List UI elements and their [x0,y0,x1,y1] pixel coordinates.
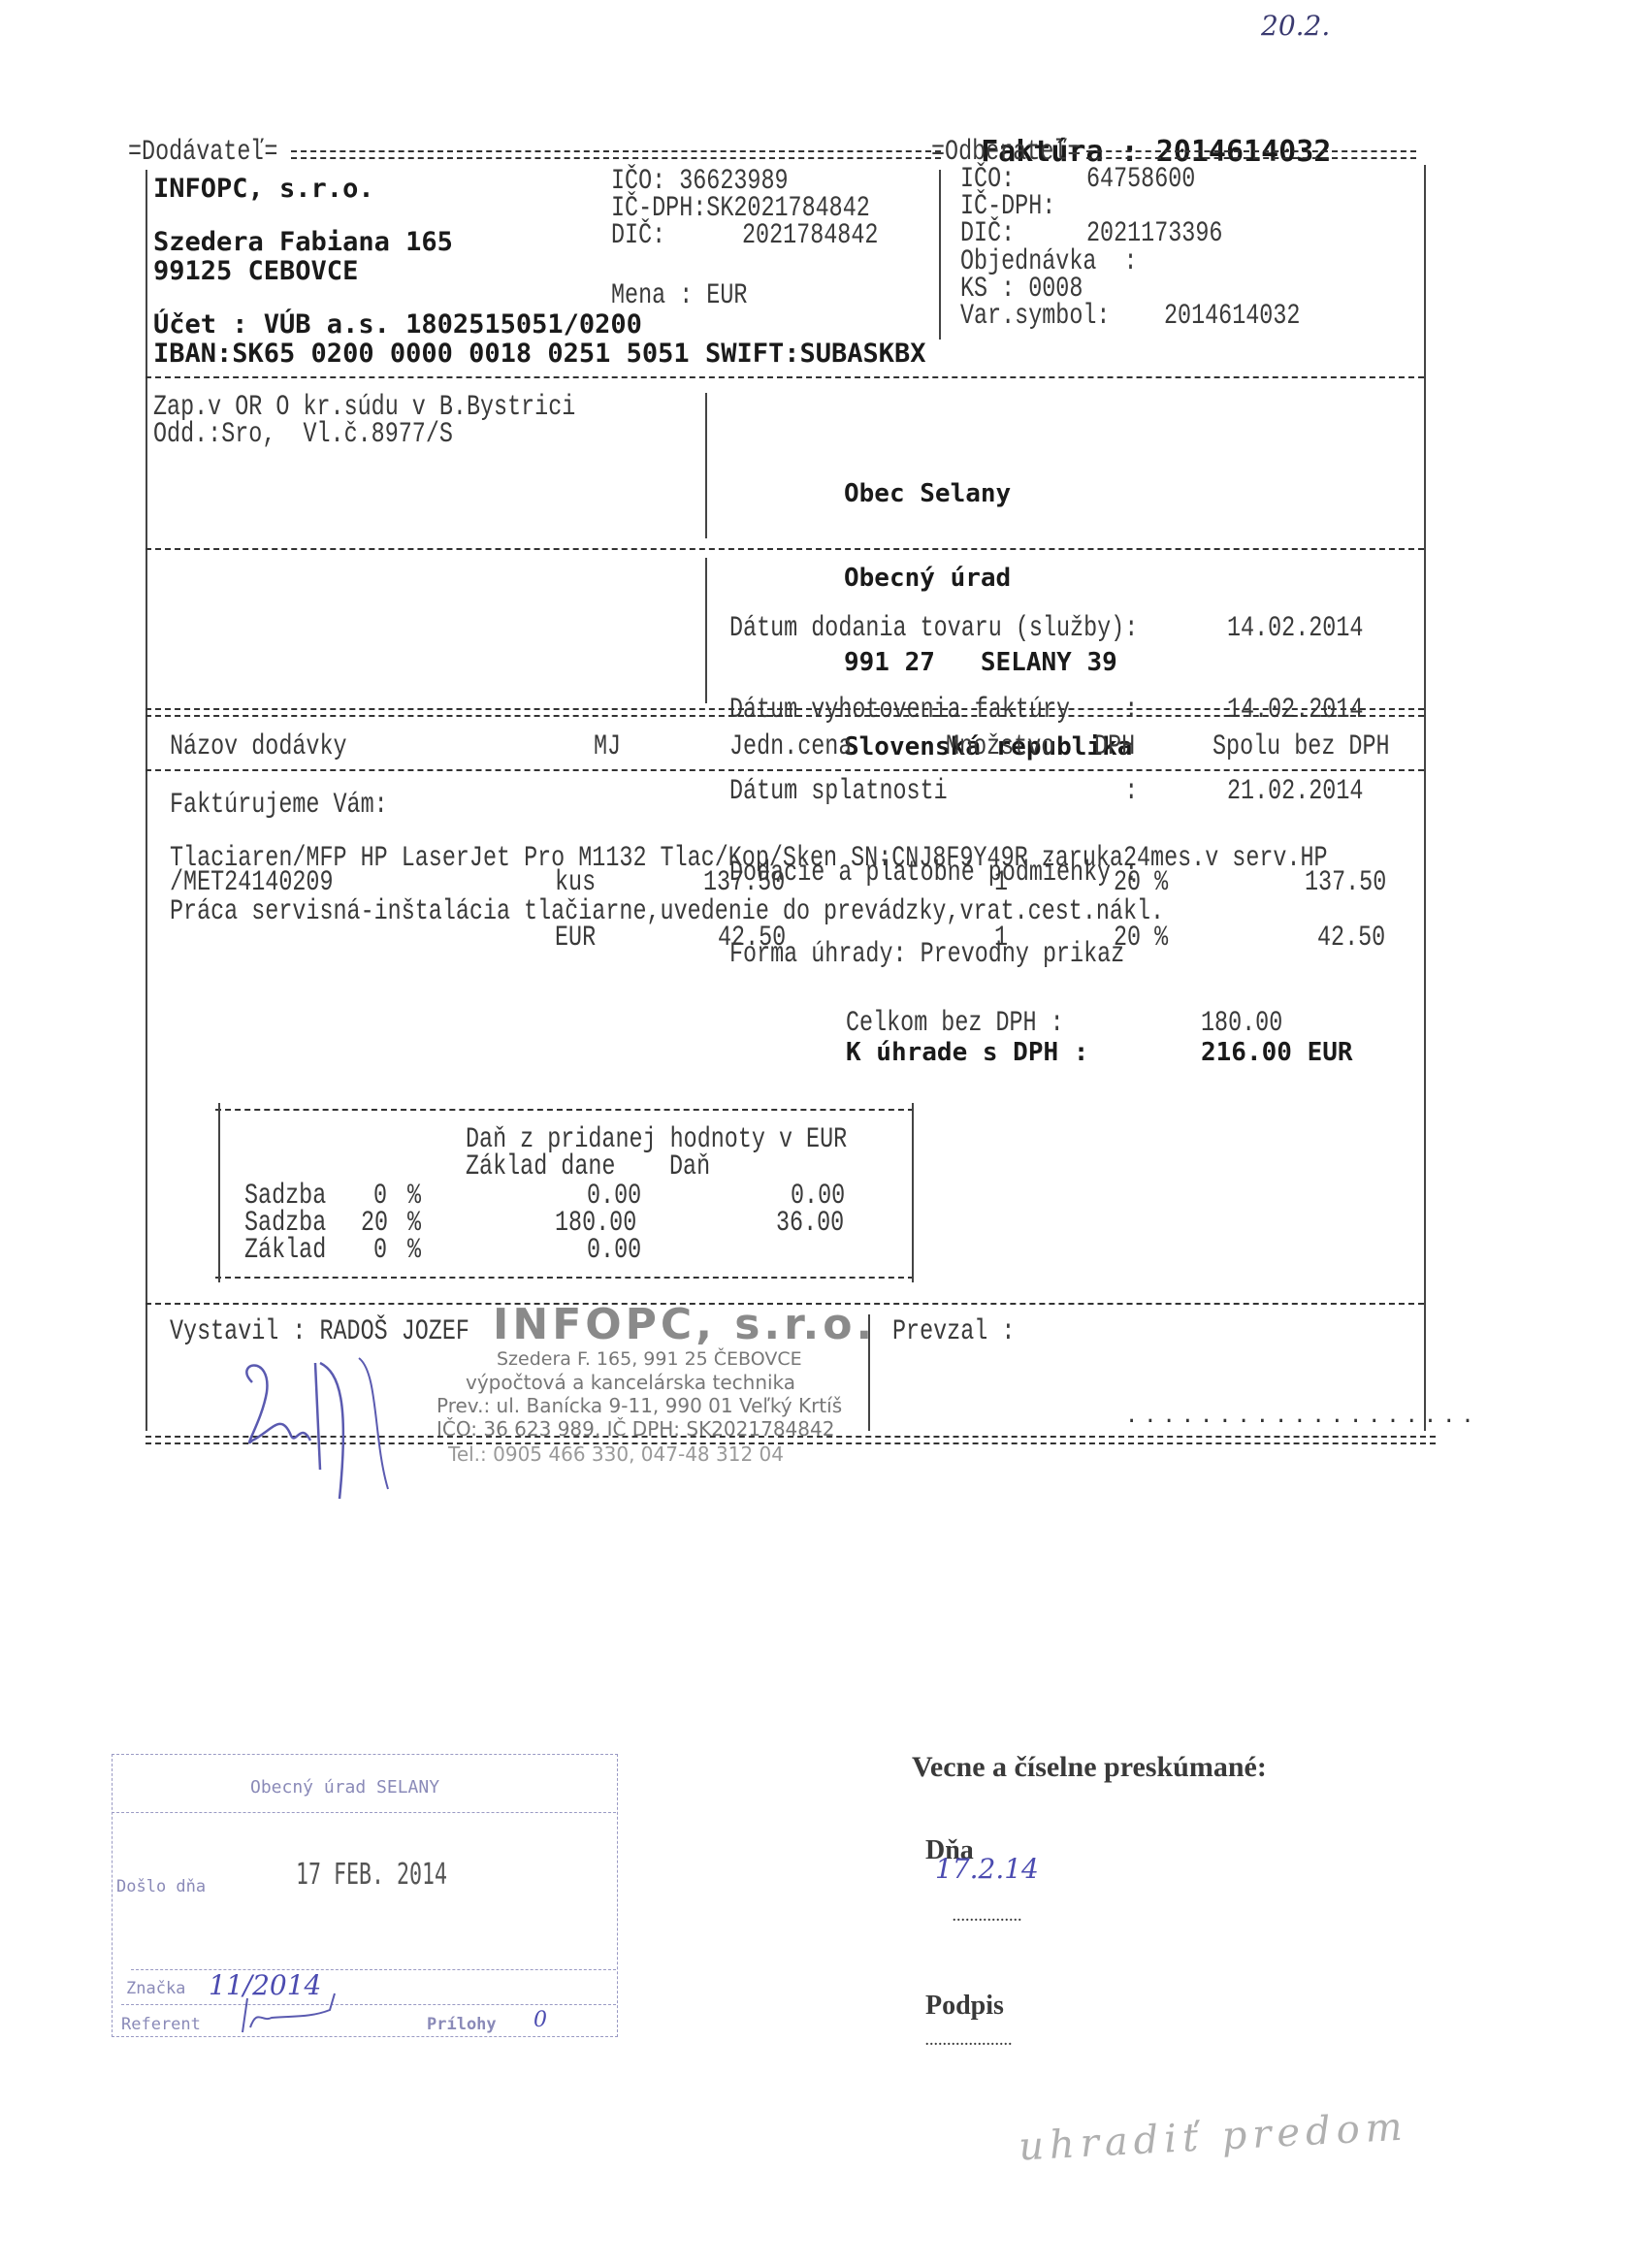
total-gross-value: 216.00 EUR [1201,1038,1353,1067]
company-stamp-line5: Tel.: 0905 466 330, 047-48 312 04 [448,1442,784,1466]
col-header-quantity: Množstvo [946,732,1054,761]
date-value-delivery: 14.02.2014 [1227,615,1363,642]
dates-values: 14.02.2014 14.02.2014 21.02.2014 [1227,561,1363,832]
items-intro: Faktúrujeme Vám: [170,791,388,820]
registry-stamp-rule-2 [131,1969,616,1970]
review-title: Vecne a číselne preskúmané: [912,1751,1267,1784]
date-label-payment-method: Forma úhrady: Prevodny prikaz [729,941,1138,968]
item-2-total: 42.50 [1317,923,1385,953]
supplier-name: INFOPC, s.r.o. [153,175,374,204]
vat-row-3-rate: 0 [373,1236,387,1265]
col-header-vat: DPH [1094,732,1135,761]
vat-box-right [912,1103,914,1282]
registry-referent-label: Referent [121,2015,201,2034]
supplier-header-rule [291,150,941,159]
company-stamp-line3: Prev.: ul. Banícka 9-11, 990 01 Veľký Kr… [436,1394,842,1417]
supplier-section-label: =Dodávateľ= [128,138,277,167]
registry-mark-label: Značka [126,1979,185,1998]
received-by-signature-line: ................... [1125,1402,1480,1431]
address-divider [705,393,707,538]
col-header-unit: MJ [594,732,621,761]
company-stamp-line1: Szedera F. 165, 991 25 ČEBOVCE [497,1348,802,1370]
issued-by: Vystavil : RADOŠ JOZEF [170,1317,469,1346]
pencil-handwritten-note: uhradiť predom [1018,2105,1409,2170]
customer-dic: 2021173396 [1086,219,1222,248]
rule-after-table-header [145,769,1424,771]
item-2-vat: 20 % [1114,923,1168,953]
issuer-signature [223,1344,417,1508]
supplier-currency: Mena : EUR [611,281,747,310]
customer-header-rule [1086,150,1416,159]
vat-box-bottom [215,1277,914,1279]
item-1-unit-price: 137.50 [703,868,785,897]
company-stamp-name: INFOPC, s.r.o. [493,1300,876,1349]
dates-divider [705,558,707,703]
frame-right-border [1424,165,1426,1431]
frame-left-border [145,170,147,1431]
supplier-registry-line2: Odd.:Sro, Vl.č.8977/S [153,420,453,449]
vat-box-top [215,1109,914,1111]
registry-received-date: 17 FEB. 2014 [296,1858,447,1892]
item-2-name-line1: Práca servisná-inštalácia tlačiarne,uved… [170,897,1164,926]
supplier-dic-label: DIČ: [611,221,665,250]
col-header-name: Názov dodávky [170,732,347,761]
review-date-value: 17.2.14 [935,1853,1039,1885]
item-1-unit: kus [555,868,596,897]
col-header-total: Spolu bez DPH [1212,732,1390,761]
registry-attachments-label: Prílohy [427,2015,497,2034]
customer-address-line: Obec Selany [844,480,1132,508]
total-net-value: 180.00 [1201,1009,1282,1038]
review-signature-dots: .................... [925,2034,1013,2049]
customer-var-symbol-label: Var.symbol: [960,302,1110,331]
customer-box-divider [939,170,941,340]
item-2-unit: EUR [555,923,596,953]
company-stamp-line4: IČO: 36 623 989, IČ DPH: SK2021784842 [436,1417,834,1441]
registry-attachments-value: 0 [533,2008,547,2032]
supplier-dic: 2021784842 [742,221,878,250]
registry-stamp-rule-3 [121,2004,616,2005]
item-1-vat: 20 % [1114,868,1168,897]
date-label-delivery: Dátum dodania tovaru (služby): [729,615,1138,642]
received-by-label: Prevzal : [892,1317,1015,1346]
supplier-account: Účet : VÚB a.s. 1802515051/0200 [153,310,642,340]
vat-row-3-base: 0.00 [587,1236,641,1265]
rule-after-address [145,548,1424,550]
review-date-dots: ................ [953,1910,1022,1925]
customer-dic-label: DIČ: [960,219,1015,248]
vat-box-left [218,1103,220,1282]
vat-col-tax: Daň [669,1152,710,1182]
customer-var-symbol: 2014614032 [1164,302,1300,331]
item-1-total: 137.50 [1305,868,1386,897]
supplier-iban: IBAN:SK65 0200 0000 0018 0251 5051 SWIFT… [153,340,926,369]
item-1-quantity: 1 [994,868,1008,897]
rule-before-table [145,708,1424,717]
registry-office-name: Obecný úrad SELANY [250,1777,439,1798]
supplier-city: 99125 CEBOVCE [153,257,358,286]
customer-ico: 64758600 [1086,165,1195,194]
item-1-name-line2: /MET24140209 [170,868,334,897]
vat-row-3-pct: % [407,1236,421,1265]
col-header-unit-price: Jedn.cena [729,732,852,761]
registry-received-label: Došlo dňa [116,1877,206,1896]
vat-col-base: Základ dane [466,1152,615,1182]
vat-row-2-tax: 36.00 [776,1209,844,1238]
date-value-due: 21.02.2014 [1227,778,1363,805]
registry-stamp-rule-1 [112,1812,616,1813]
review-date-row: Dňa ................ 17.2.14 Podpis ....… [912,1804,1022,2053]
vat-row-3-label: Základ [244,1236,326,1265]
date-label-due: Dátum splatnosti : [729,778,1138,805]
referent-signature [233,1989,349,2037]
review-signature-label: Podpis [925,1991,1004,2021]
total-gross-label: K úhrade s DPH : [846,1038,1088,1067]
rule-after-header [145,376,1424,378]
item-2-quantity: 1 [994,923,1008,953]
corner-handwritten-note: 20.2. [1261,10,1330,42]
total-net-label: Celkom bez DPH : [846,1009,1064,1038]
supplier-street: Szedera Fabiana 165 [153,228,453,257]
company-stamp-line2: výpočtová a kancelárska technika [466,1371,795,1394]
item-2-unit-price: 42.50 [718,923,786,953]
dates-block: Dátum dodania tovaru (služby): Dátum vyh… [729,561,1138,995]
